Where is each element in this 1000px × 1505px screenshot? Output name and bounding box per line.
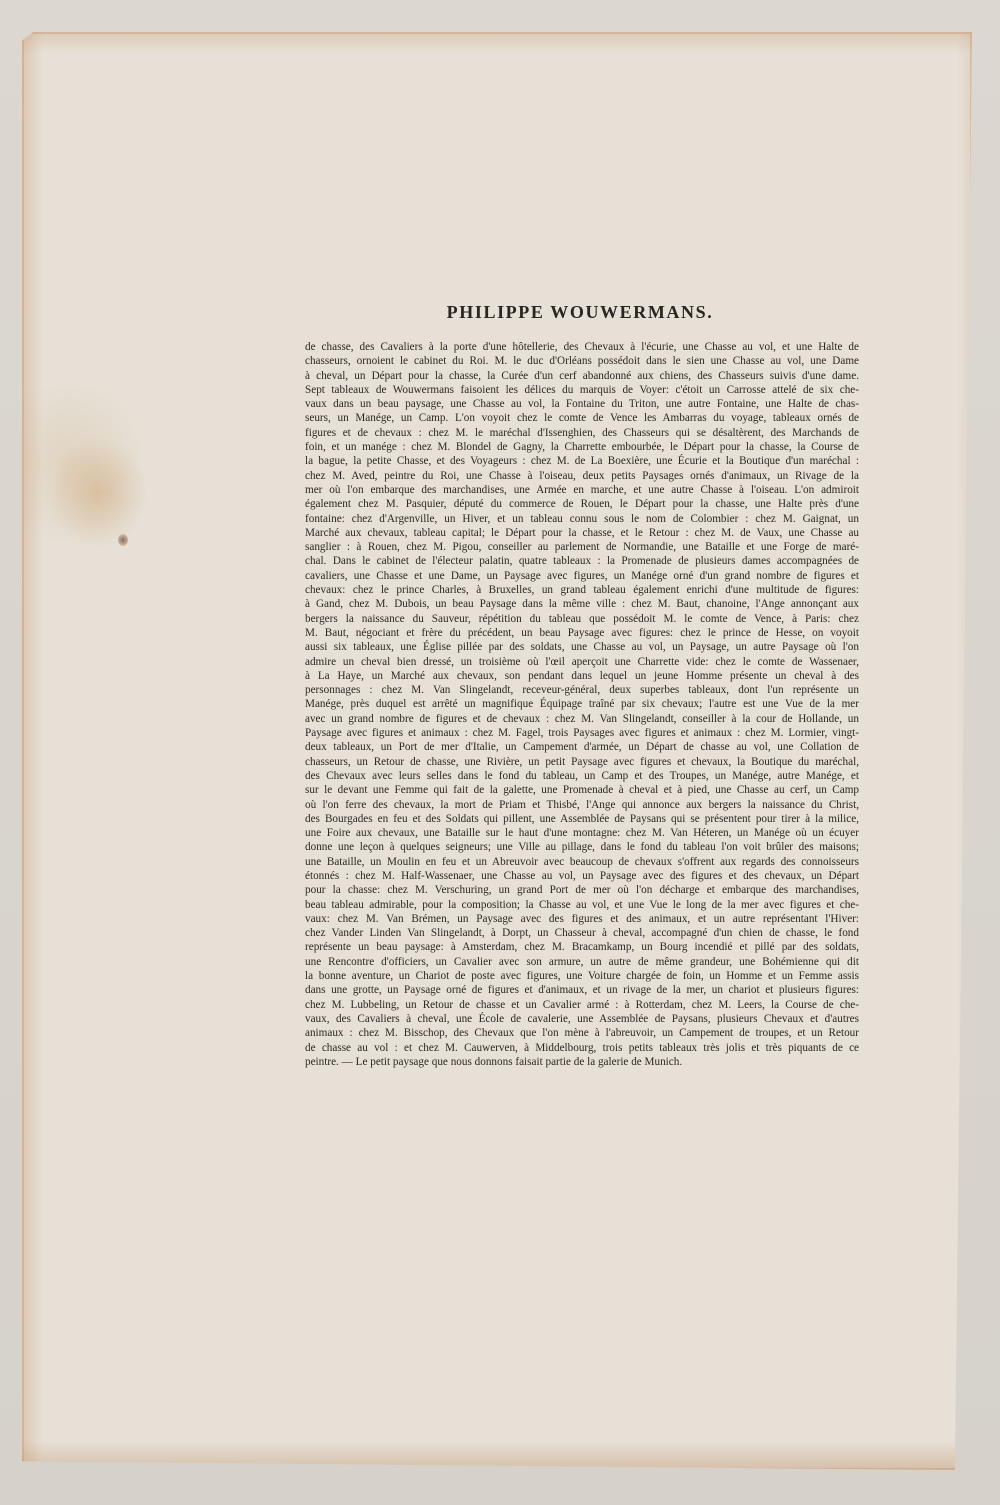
text-line: où l'on ferre des chevaux, la mort de Pr… — [305, 798, 859, 812]
text-line: la bonne aventure, un Chariot de poste a… — [305, 969, 859, 983]
text-line: de chasse au vol : et chez M. Cauwerven,… — [305, 1041, 859, 1055]
text-line: la bague, la petite Chasse, et des Voyag… — [305, 454, 859, 468]
text-line: Marché aux chevaux, tableau capital; le … — [305, 526, 859, 540]
text-line: à La Haye, un Marché aux chevaux, son pe… — [305, 669, 859, 683]
text-line: chevaux: chez le prince Charles, à Bruxe… — [305, 583, 859, 597]
text-line: personnages : chez M. Van Slingelandt, r… — [305, 683, 859, 697]
text-line: à cheval, un Départ pour la chasse, la C… — [305, 369, 859, 383]
text-line: une Foire aux chevaux, une Bataille sur … — [305, 826, 859, 840]
text-line: à Gand, chez M. Dubois, un beau Paysage … — [305, 597, 859, 611]
text-line: beau tableau admirable, pour la composit… — [305, 898, 859, 912]
text-line: des Bourgades en feu et des Soldats qui … — [305, 812, 859, 826]
page-title: PHILIPPE WOUWERMANS. — [300, 302, 860, 323]
text-line: vaux, des Cavaliers à cheval, une École … — [305, 1012, 859, 1026]
foxing-stain — [118, 534, 128, 546]
text-line: des Chevaux avec leurs selles dans le fo… — [305, 769, 859, 783]
body-paragraph: de chasse, des Cavaliers à la porte d'un… — [305, 340, 859, 1069]
text-line: chez M. Lubbeling, un Retour de chasse e… — [305, 998, 859, 1012]
text-line: M. Baut, négociant et frère du précédent… — [305, 626, 859, 640]
text-line: dans une grotte, un Paysage orné de figu… — [305, 983, 859, 997]
text-line: admire un cheval bien dressé, un troisiè… — [305, 655, 859, 669]
text-line: aussi six tableaux, une Église pillée pa… — [305, 640, 859, 654]
text-line: deux tableaux, un Port de mer d'Italie, … — [305, 740, 859, 754]
text-line: pour la chasse: chez M. Verschuring, un … — [305, 883, 859, 897]
text-line: bergers la naissance du Sauveur, répétit… — [305, 612, 859, 626]
text-line: sur le devant une Femme qui fait de la g… — [305, 783, 859, 797]
text-line: mer où l'on embarque des marchandises, u… — [305, 483, 859, 497]
text-line: chasseurs, un Retour de chasse, une Rivi… — [305, 755, 859, 769]
text-line: avec un grand nombre de figures et de ch… — [305, 712, 859, 726]
text-line: vaux dans un beau paysage, une Chasse au… — [305, 397, 859, 411]
text-line: chez Vander Linden Van Slingelandt, à Do… — [305, 926, 859, 940]
text-line: une Bataille, un Moulin en feu et un Abr… — [305, 855, 859, 869]
text-line: une Rencontre d'officiers, un Cavalier a… — [305, 955, 859, 969]
text-line: animaux : chez M. Bisschop, des Chevaux … — [305, 1026, 859, 1040]
text-line: fontaine: chez d'Argenville, un Hiver, e… — [305, 512, 859, 526]
text-line: Paysage avec figures et animaux : chez M… — [305, 726, 859, 740]
text-line: foin, et un manége : chez M. Blondel de … — [305, 440, 859, 454]
text-line: cavaliers, une Chasse et une Dame, un Pa… — [305, 569, 859, 583]
text-line: également chez M. Pasquier, député du co… — [305, 497, 859, 511]
text-line: seurs, un Manége, un Camp. L'on voyoit c… — [305, 411, 859, 425]
text-line: sanglier : à Rouen, chez M. Pigou, conse… — [305, 540, 859, 554]
text-line: de chasse, des Cavaliers à la porte d'un… — [305, 340, 859, 354]
text-line: donne une leçon à quelques seigneurs; un… — [305, 840, 859, 854]
text-line: chasseurs, ornoient le cabinet du Roi. M… — [305, 354, 859, 368]
text-line-final: peintre. — Le petit paysage que nous don… — [305, 1055, 859, 1069]
text-line: vaux: chez M. Van Brémen, un Paysage ave… — [305, 912, 859, 926]
text-line: représente un beau paysage: à Amsterdam,… — [305, 940, 859, 954]
text-line: chez M. Aved, peintre du Roi, une Chasse… — [305, 469, 859, 483]
text-line: Sept tableaux de Wouwermans faisoient le… — [305, 383, 859, 397]
text-line: chal. Dans le cabinet de l'électeur pala… — [305, 554, 859, 568]
text-line: figures et de chevaux : chez M. le maréc… — [305, 426, 859, 440]
text-line: Manége, près duquel est arrêté un magnif… — [305, 697, 859, 711]
text-line: étonnés : chez M. Half-Wassenaer, une Ch… — [305, 869, 859, 883]
